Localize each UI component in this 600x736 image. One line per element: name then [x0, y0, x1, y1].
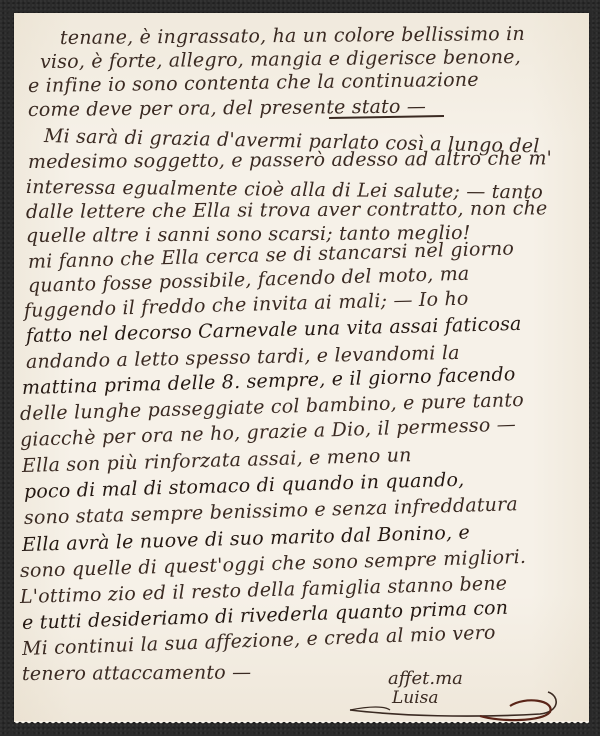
letter-line-6: medesimo soggetto, e passerò adesso ad a… — [28, 147, 552, 173]
letter-line-8: dalle lettere che Ella si trova aver con… — [26, 197, 548, 223]
letter-paper: tenane, è ingrassato, ha un colore belli… — [14, 13, 589, 722]
signature-name: Luisa — [392, 688, 439, 708]
letter-line-3: e infine io sono contenta che la continu… — [28, 69, 479, 97]
letter-line-1: tenane, è ingrassato, ha un colore belli… — [60, 23, 525, 49]
signature: affet.ma Luisa — [370, 666, 570, 726]
signature-closing: affet.ma — [388, 668, 463, 689]
letter-line-26: tenero attaccamento — — [22, 661, 251, 685]
